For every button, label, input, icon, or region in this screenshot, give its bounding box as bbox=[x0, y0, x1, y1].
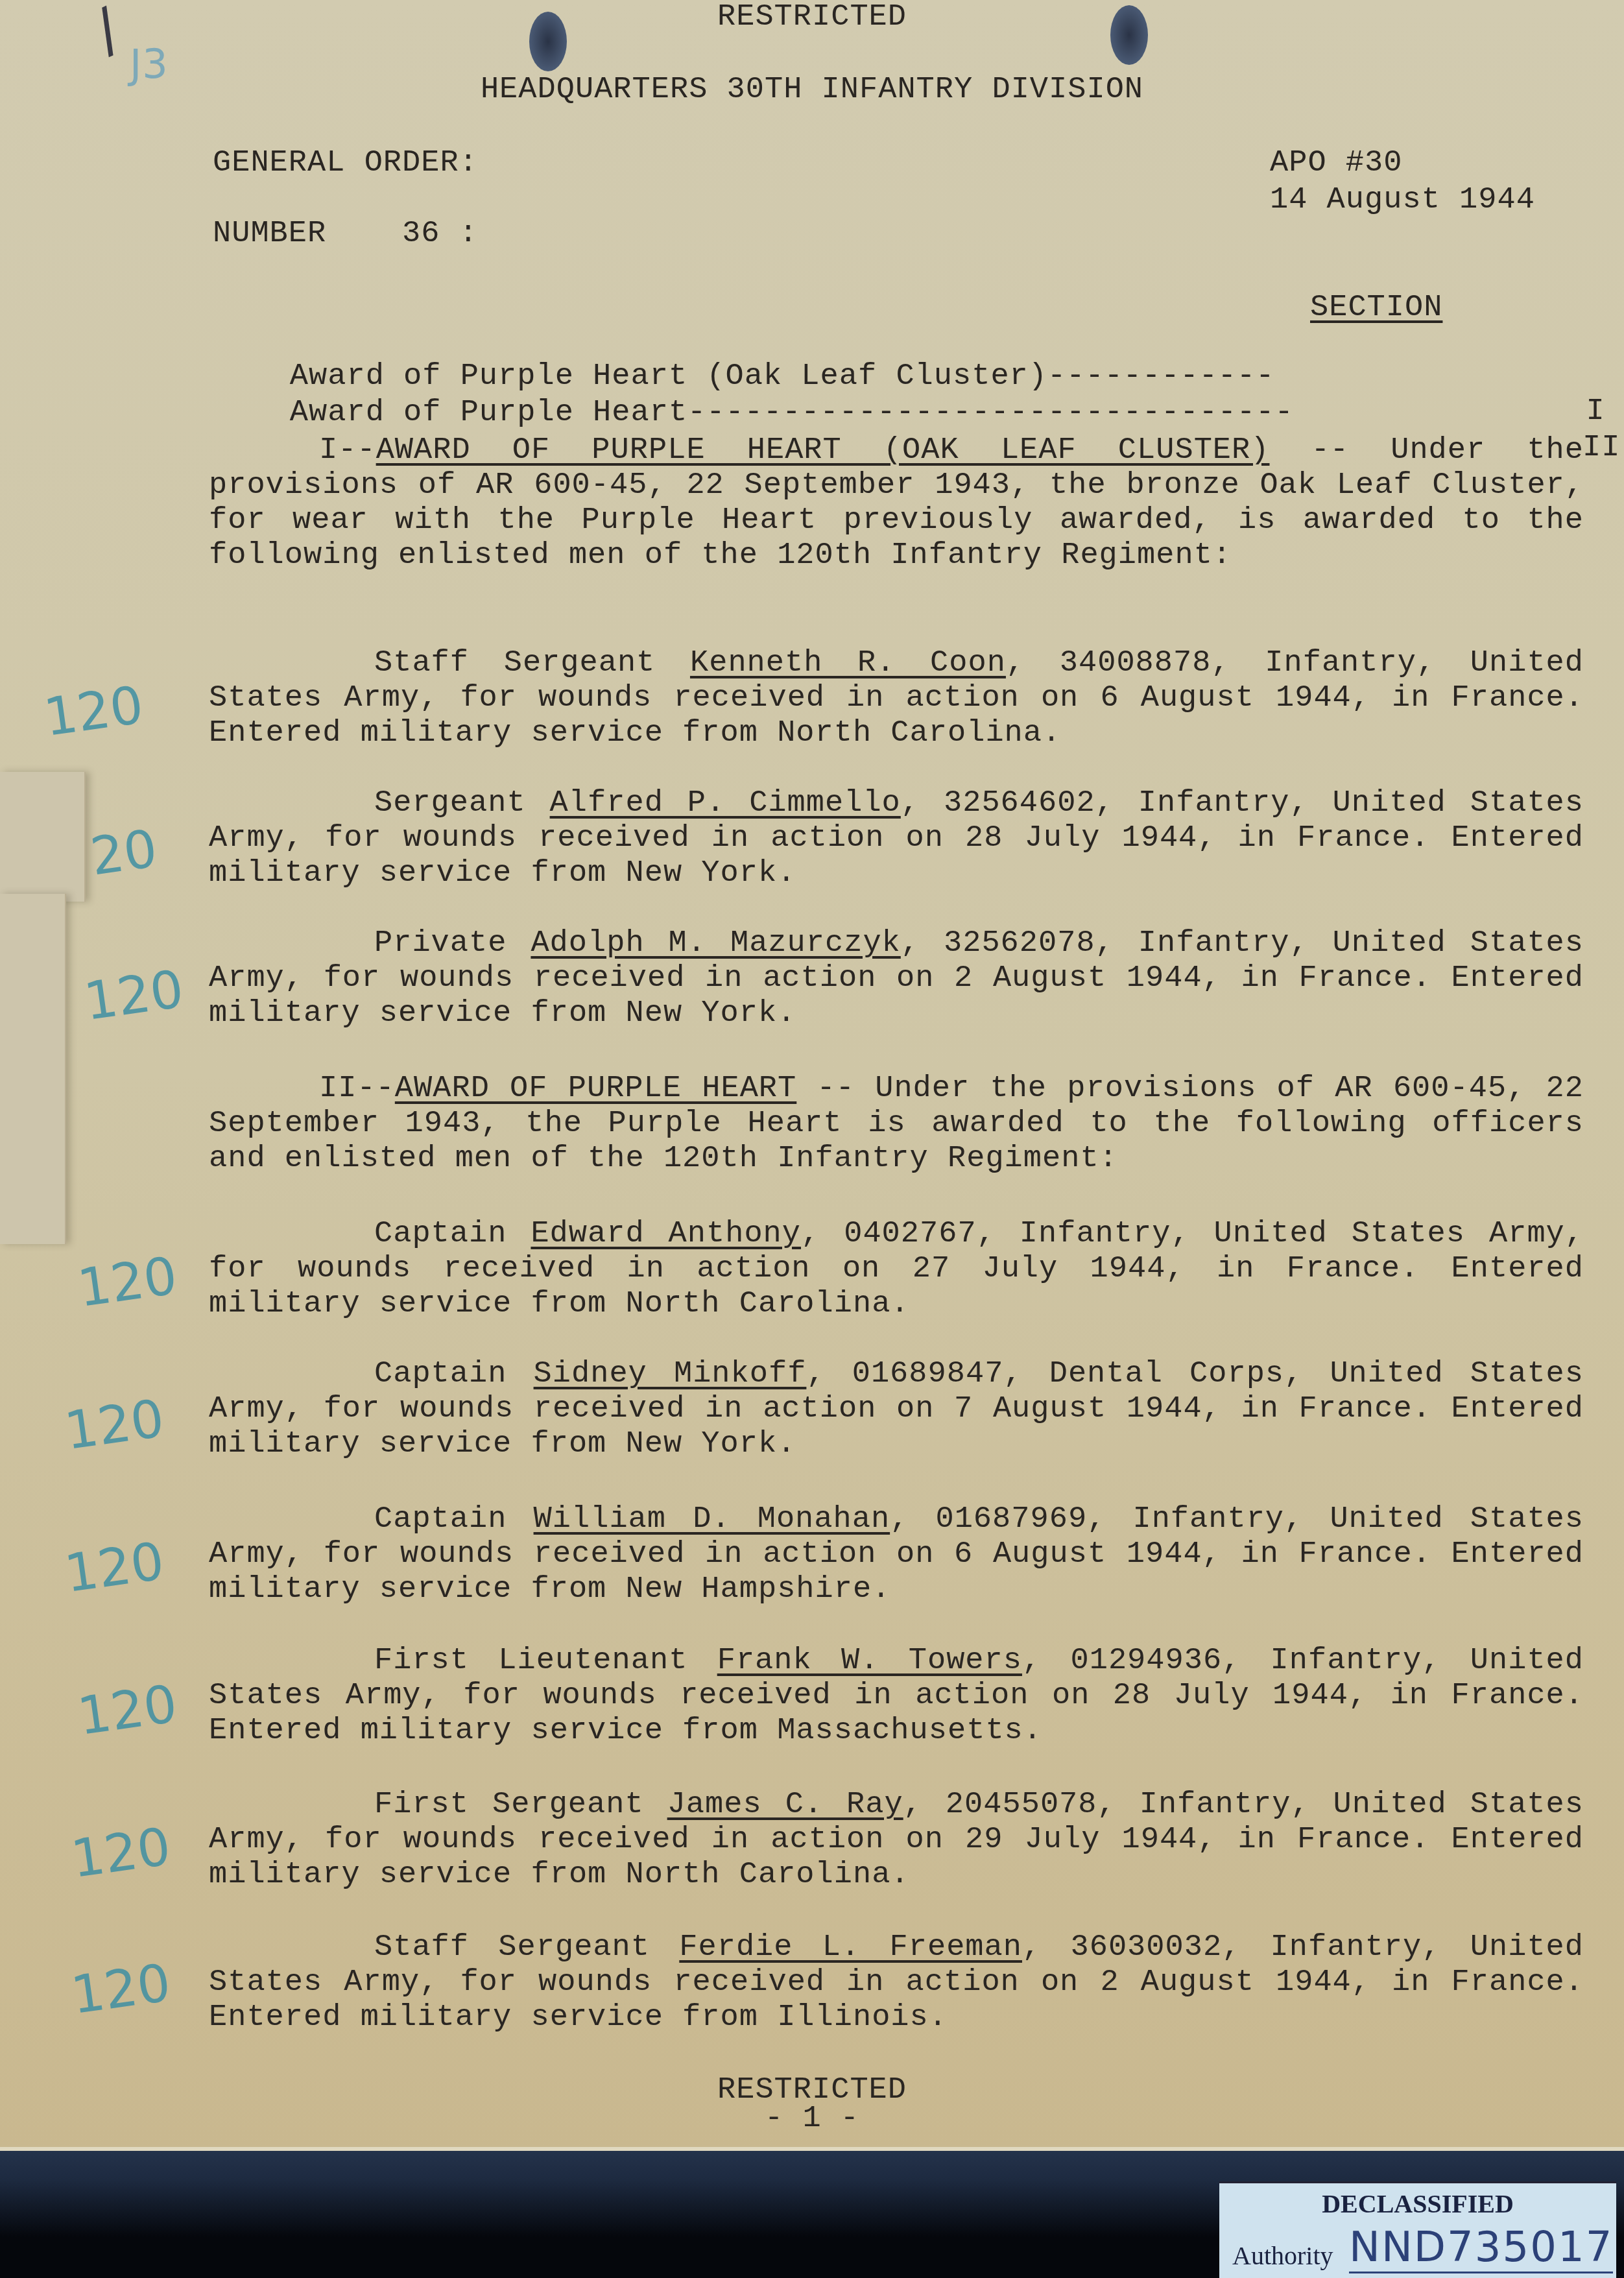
margin-regiment-note: 120 bbox=[74, 1673, 180, 1747]
margin-regiment-note: 120 bbox=[61, 1531, 167, 1604]
page-number: - 1 - bbox=[0, 2102, 1624, 2137]
award-name: William D. Monahan bbox=[534, 1502, 890, 1537]
section-2-intro: II--AWARD OF PURPLE HEART -- Under the p… bbox=[209, 1072, 1584, 1177]
award-rank: First Sergeant bbox=[374, 1788, 667, 1822]
margin-regiment-note: 120 bbox=[61, 1388, 167, 1461]
award-rank: Private bbox=[374, 926, 531, 961]
section-heading: AWARD OF PURPLE HEART (OAK LEAF CLUSTER) bbox=[376, 433, 1270, 468]
award-rank: Captain bbox=[374, 1502, 534, 1537]
award-rank: Captain bbox=[374, 1357, 534, 1391]
section-prefix: I-- bbox=[319, 433, 376, 468]
award-entry: Captain William D. Monahan, 01687969, In… bbox=[209, 1502, 1584, 1607]
section-heading: AWARD OF PURPLE HEART bbox=[395, 1072, 796, 1106]
award-entry: First Sergeant James C. Ray, 20455078, I… bbox=[209, 1788, 1584, 1893]
apo-number: APO #30 bbox=[1270, 146, 1402, 181]
classification-top: RESTRICTED bbox=[0, 0, 1624, 35]
stamp-authority-label: Authority bbox=[1232, 2240, 1333, 2271]
toc-row-title: Award of Purple Heart-------------------… bbox=[290, 396, 1294, 430]
award-name: James C. Ray bbox=[667, 1788, 903, 1822]
award-name: Ferdie L. Freeman bbox=[679, 1930, 1022, 1965]
award-name: Adolph M. Mazurczyk bbox=[531, 926, 900, 961]
folded-tab-lower bbox=[0, 894, 66, 1244]
award-entry: Private Adolph M. Mazurczyk, 32562078, I… bbox=[209, 926, 1584, 1031]
award-name: Edward Anthony bbox=[531, 1217, 801, 1251]
order-date: 14 August 1944 bbox=[1270, 183, 1535, 218]
award-rank: Captain bbox=[374, 1217, 531, 1251]
margin-regiment-note: 120 bbox=[40, 675, 147, 748]
margin-regiment-note: 120 bbox=[80, 959, 187, 1032]
toc-section-header: SECTION bbox=[1310, 291, 1442, 326]
stamp-authority-value: NND735017 bbox=[1349, 2224, 1613, 2273]
award-entry: Captain Sidney Minkoff, 01689847, Dental… bbox=[209, 1357, 1584, 1462]
headquarters-title: HEADQUARTERS 30TH INFANTRY DIVISION bbox=[0, 73, 1624, 108]
section-1-intro: I--AWARD OF PURPLE HEART (OAK LEAF CLUST… bbox=[209, 433, 1584, 573]
award-entry: Sergeant Alfred P. Cimmello, 32564602, I… bbox=[209, 786, 1584, 891]
award-name: Alfred P. Cimmello bbox=[550, 786, 901, 821]
margin-regiment-note: 120 bbox=[67, 1816, 174, 1889]
award-entry: Staff Sergeant Kenneth R. Coon, 34008878… bbox=[209, 646, 1584, 751]
award-rank: Sergeant bbox=[374, 786, 550, 821]
award-name: Frank W. Towers bbox=[717, 1644, 1022, 1678]
award-name: Kenneth R. Coon bbox=[690, 646, 1006, 680]
toc-row-section: II bbox=[1582, 431, 1608, 466]
folded-tab-upper bbox=[0, 772, 86, 902]
document-page: / J3 RESTRICTED HEADQUARTERS 30TH INFANT… bbox=[0, 0, 1624, 2151]
margin-regiment-note: 20 bbox=[87, 818, 161, 887]
section-prefix: II-- bbox=[319, 1072, 395, 1106]
margin-regiment-note: 120 bbox=[74, 1245, 180, 1319]
order-number: NUMBER 36 : bbox=[213, 217, 478, 252]
award-name: Sidney Minkoff bbox=[534, 1357, 807, 1391]
stamp-title: DECLASSIFIED bbox=[1219, 2188, 1616, 2219]
declassified-stamp: DECLASSIFIED Authority NND735017 bbox=[1219, 2181, 1616, 2278]
toc-row-section: I bbox=[1582, 394, 1608, 429]
margin-regiment-note: 120 bbox=[67, 1952, 174, 2026]
general-order-label: GENERAL ORDER: bbox=[213, 146, 478, 181]
award-rank: Staff Sergeant bbox=[374, 646, 690, 680]
award-entry: Staff Sergeant Ferdie L. Freeman, 360300… bbox=[209, 1930, 1584, 2035]
award-entry: Captain Edward Anthony, 0402767, Infantr… bbox=[209, 1217, 1584, 1322]
award-rank: Staff Sergeant bbox=[374, 1930, 679, 1965]
award-rank: First Lieutenant bbox=[374, 1644, 717, 1678]
award-entry: First Lieutenant Frank W. Towers, 012949… bbox=[209, 1644, 1584, 1749]
